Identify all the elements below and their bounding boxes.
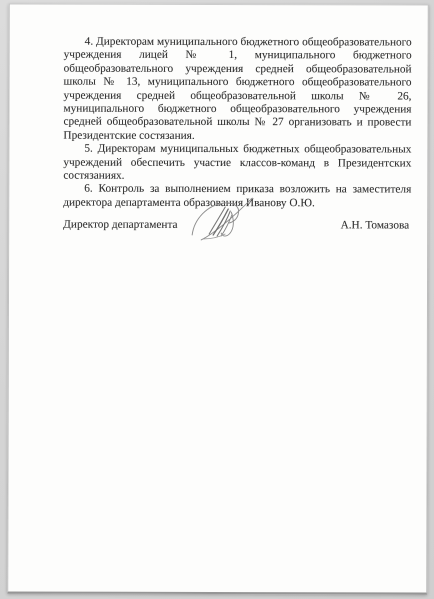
- document-page: 4. Директорам муниципального бюджетного …: [7, 3, 429, 594]
- document-body: 4. Директорам муниципального бюджетного …: [63, 36, 412, 234]
- document-paragraph-4: 4. Директорам муниципального бюджетного …: [63, 36, 411, 144]
- document-paragraph-6: 6. Контроль за выполнением приказа возло…: [63, 183, 411, 211]
- signatory-position-label: Директор департамента: [63, 219, 177, 233]
- signatory-name-label: А.Н. Томазова: [341, 220, 412, 234]
- document-paragraph-5: 5. Директорам муниципальных бюджетных об…: [63, 143, 411, 184]
- scanned-document-screenshot: 4. Директорам муниципального бюджетного …: [0, 0, 434, 599]
- signature-block: Директор департамента: [63, 219, 411, 233]
